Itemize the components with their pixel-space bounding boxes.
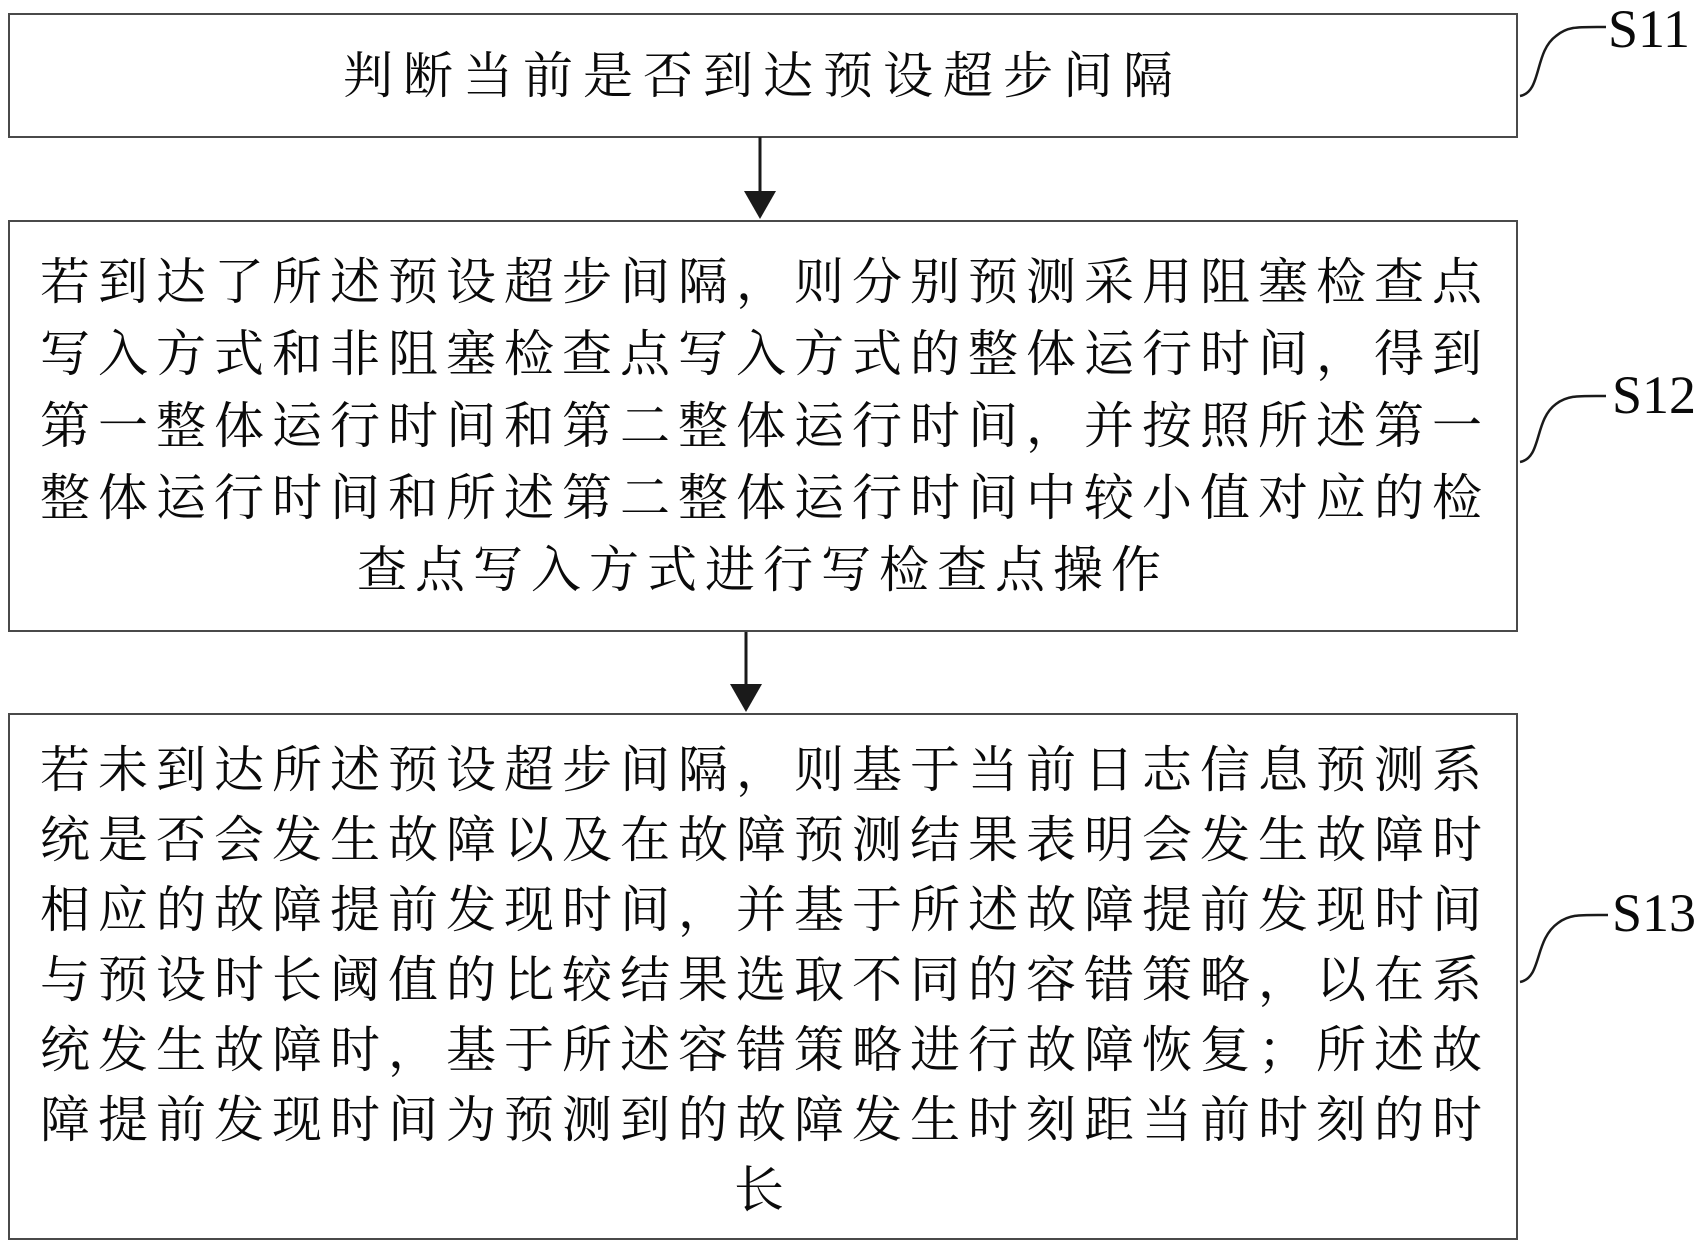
step-s12-text-line: 第一整体运行时间和第二整体运行时间，并按照所述第一 [40,390,1486,462]
step-s13-text-line: 相应的故障提前发现时间，并基于所述故障提前发现时间 [40,875,1486,945]
leader-line-s12 [1514,388,1614,466]
leader-line-s13 [1514,906,1616,986]
step-box-s12: 若到达了所述预设超步间隔，则分别预测采用阻塞检查点 写入方式和非阻塞检查点写入方… [8,220,1518,632]
step-s11-text: 判断当前是否到达预设超步间隔 [343,46,1183,106]
step-label-s13: S13 [1612,884,1696,943]
down-arrow-icon [724,632,768,713]
step-s13-text-line: 统是否会发生故障以及在故障预测结果表明会发生故障时 [40,805,1486,875]
step-s13-text-line: 障提前发现时间为预测到的故障发生时刻距当前时刻的时 [40,1085,1486,1155]
step-box-s13: 若未到达所述预设超步间隔，则基于当前日志信息预测系 统是否会发生故障以及在故障预… [8,713,1518,1240]
flowchart-figure: 判断当前是否到达预设超步间隔 若到达了所述预设超步间隔，则分别预测采用阻塞检查点… [0,0,1706,1250]
leader-line-s11 [1514,18,1614,100]
step-s13-text-line: 统发生故障时，基于所述容错策略进行故障恢复；所述故 [40,1015,1486,1085]
step-box-s11: 判断当前是否到达预设超步间隔 [8,13,1518,138]
step-s12-text-line: 若到达了所述预设超步间隔，则分别预测采用阻塞检查点 [40,246,1486,318]
step-label-s12: S12 [1612,366,1696,425]
step-s12-text-line: 写入方式和非阻塞检查点写入方式的整体运行时间，得到 [40,318,1486,390]
step-label-s11: S11 [1608,0,1690,59]
down-arrow-icon [738,137,782,220]
step-s12-text-line: 整体运行时间和所述第二整体运行时间中较小值对应的检 [40,462,1486,534]
step-s12-text-line: 查点写入方式进行写检查点操作 [40,534,1486,606]
step-s13-text-line: 长 [40,1155,1486,1225]
step-s13-text-line: 与预设时长阈值的比较结果选取不同的容错策略，以在系 [40,945,1486,1015]
step-s13-text-line: 若未到达所述预设超步间隔，则基于当前日志信息预测系 [40,735,1486,805]
